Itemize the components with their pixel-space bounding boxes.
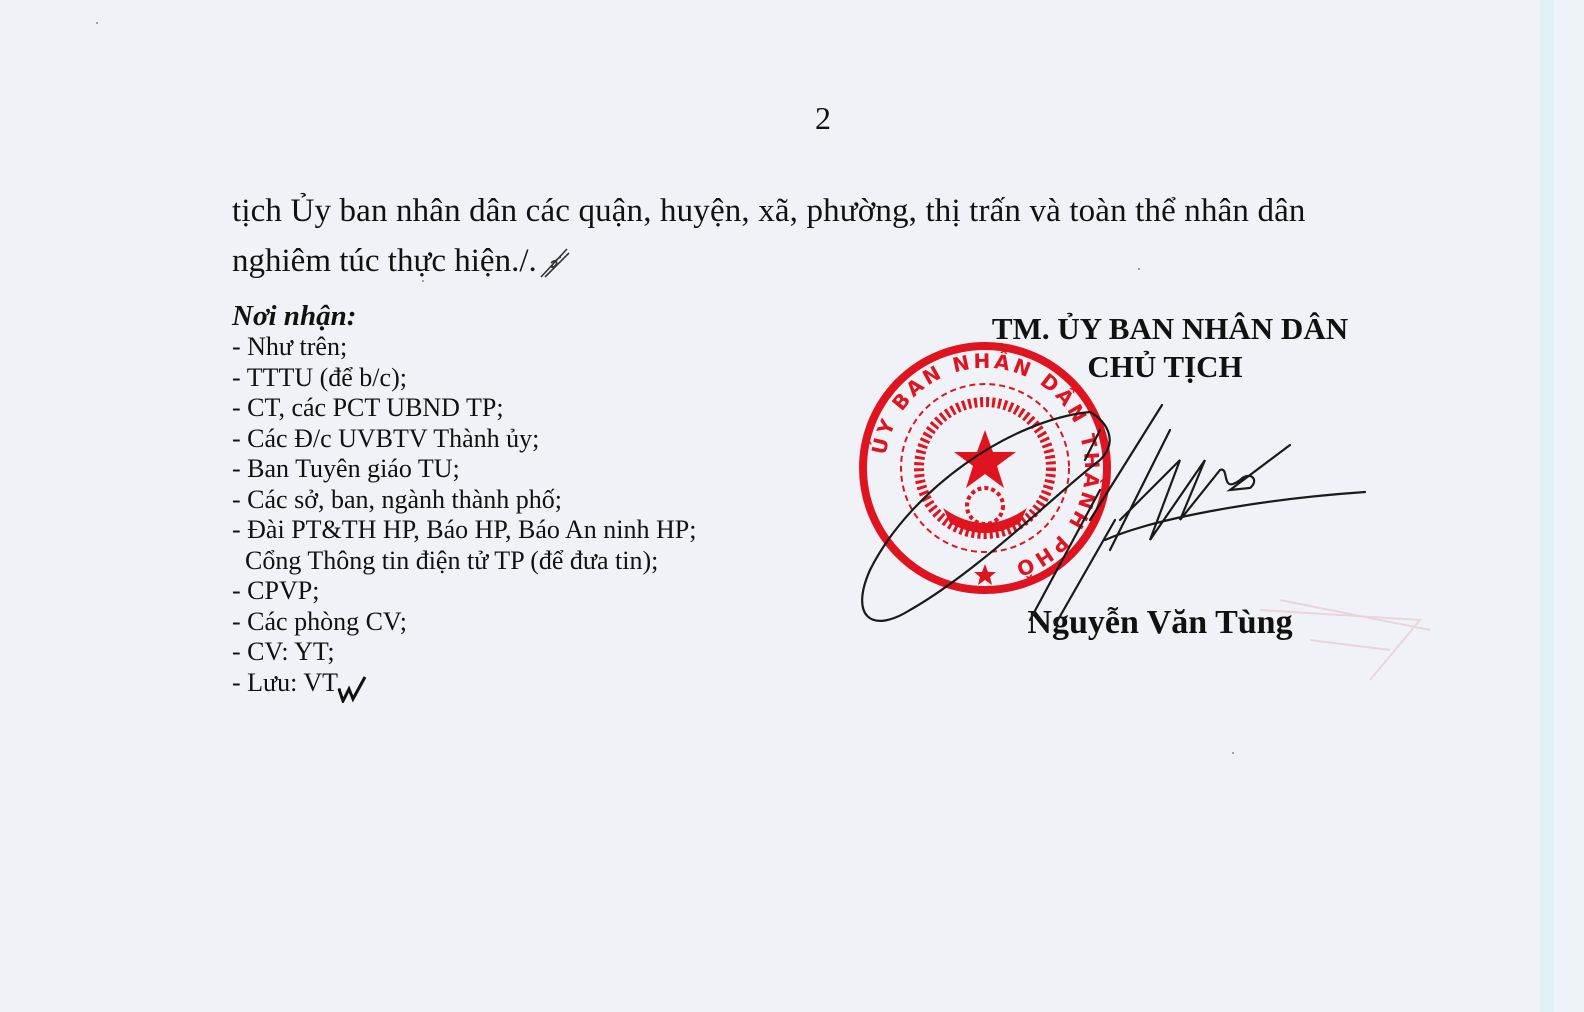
recipient-item: - Đài PT&TH HP, Báo HP, Báo An ninh HP; — [232, 515, 696, 546]
body-line-2-text: nghiêm túc thực hiện./. — [232, 243, 537, 279]
clerk-initial-icon — [335, 673, 369, 703]
recipient-item: - CPVP; — [232, 576, 696, 607]
recipient-item: - Các Đ/c UVBTV Thành ủy; — [232, 424, 696, 455]
body-paragraph: tịch Ủy ban nhân dân các quận, huyện, xã… — [232, 186, 1432, 286]
recipients-list: Nơi nhận: - Như trên; - TTTU (để b/c); -… — [232, 300, 696, 703]
signature-title: TM. ỦY BAN NHÂN DÂN — [950, 310, 1390, 348]
recipient-item-text: - Lưu: VT. — [232, 668, 343, 697]
scan-edge — [1554, 0, 1584, 1012]
recipient-item: - CT, các PCT UBND TP; — [232, 393, 696, 424]
initial-mark-icon — [537, 245, 573, 281]
recipient-item: - Ban Tuyên giáo TU; — [232, 454, 696, 485]
faint-stamp-mark-icon — [1250, 580, 1450, 700]
scan-speck — [1232, 752, 1234, 754]
body-line-2: nghiêm túc thực hiện./. — [232, 236, 1432, 286]
recipient-item: - Lưu: VT. — [232, 668, 696, 703]
recipient-item: Cổng Thông tin điện tử TP (để đưa tin); — [232, 546, 696, 577]
page-number: 2 — [815, 100, 831, 137]
recipients-heading: Nơi nhận: — [232, 300, 696, 332]
recipient-item: - Các sở, ban, ngành thành phố; — [232, 485, 696, 516]
signature-role: CHỦ TỊCH — [1040, 348, 1290, 386]
scan-edge-strip — [1540, 0, 1554, 1012]
body-line-1: tịch Ủy ban nhân dân các quận, huyện, xã… — [232, 186, 1432, 236]
recipient-item: - CV: YT; — [232, 637, 696, 668]
scan-speck — [96, 22, 98, 24]
recipient-item: - Các phòng CV; — [232, 607, 696, 638]
recipient-item: - TTTU (để b/c); — [232, 363, 696, 394]
recipient-item: - Như trên; — [232, 332, 696, 363]
